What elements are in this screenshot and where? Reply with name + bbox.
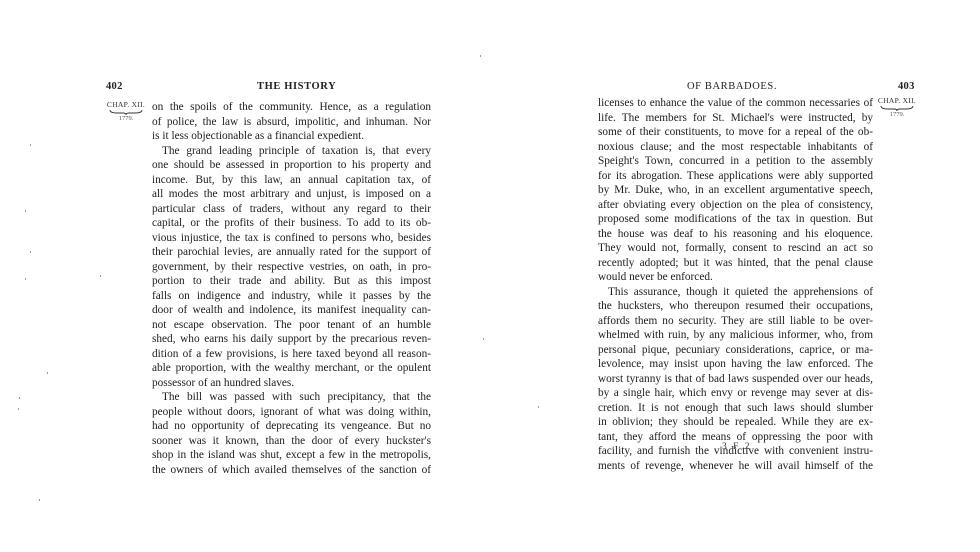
scan-speck <box>18 408 19 410</box>
text-line: affords them no security. They are still… <box>598 314 873 329</box>
text-line: life. The members for St. Michael's were… <box>598 111 873 126</box>
text-line: personal pique, pecuniary considerations… <box>598 343 873 358</box>
text-line: income. But, by this law, an annual capi… <box>152 173 431 188</box>
year-label: 1779. <box>104 115 148 123</box>
running-head: OF BARBADOES. <box>687 81 777 92</box>
text-line: whelmed with ruin, by any malicious info… <box>598 328 873 343</box>
scan-speck <box>19 397 20 399</box>
text-line: capital, or the profits of their busines… <box>152 216 431 231</box>
left-page: 402 THE HISTORY CHAP. XII. 1779. on the … <box>0 0 490 552</box>
text-line: door of wealth and indolence, its manife… <box>152 303 431 318</box>
text-line: had no opportunity of deprecating its ve… <box>152 419 431 434</box>
body-text: on the spoils of the community. Hence, a… <box>152 100 431 477</box>
text-line: not escape observation. The poor tenant … <box>152 318 431 333</box>
paragraph-start: The bill was passed with such precipitan… <box>152 390 431 405</box>
body-text: licenses to enhance the value of the com… <box>598 96 873 473</box>
text-line: their parochial levies, are annually rat… <box>152 245 431 260</box>
text-line: able proportion, with the wealthy mercha… <box>152 361 431 376</box>
text-line: particular class of traders, without any… <box>152 202 431 217</box>
scan-speck <box>39 499 40 501</box>
scan-speck <box>47 372 48 374</box>
scan-speck <box>480 55 481 57</box>
paragraph-start: The grand leading principle of taxation … <box>152 144 431 159</box>
text-line: recently adopted; but it was hinted, tha… <box>598 256 873 271</box>
text-line: possessor of an hundred slaves. <box>152 376 431 391</box>
scan-speck <box>538 406 539 408</box>
text-line: noxious clause; and the most respectable… <box>598 140 873 155</box>
text-line: of police, the law is absurd, impolitic,… <box>152 115 431 130</box>
text-line: would never be enforced. <box>598 270 873 285</box>
text-line: sooner was it known, than the door of ev… <box>152 434 431 449</box>
text-line: in oblivion; they should be repealed. Wh… <box>598 415 873 430</box>
text-line: worst tyranny is that of bad laws suspen… <box>598 372 873 387</box>
text-line: is it less objectionable as a financial … <box>152 129 431 144</box>
page-number: 402 <box>106 81 123 92</box>
text-line: levolence, may insist upon having the la… <box>598 357 873 372</box>
scan-speck <box>30 144 31 146</box>
text-line: cretion. It is not enough that such laws… <box>598 401 873 416</box>
signature-mark: 3 F 2 <box>722 442 752 452</box>
paragraph-start: This assurance, though it quieted the ap… <box>598 285 873 300</box>
chapter-label: CHAP. XII. <box>104 100 148 109</box>
text-line: government, by their respective vestries… <box>152 260 431 275</box>
year-label: 1779. <box>875 111 919 119</box>
text-line: the hucksters, who thereupon resumed the… <box>598 299 873 314</box>
text-line: vious injustice, the tax is confined to … <box>152 231 431 246</box>
text-line: They would not, formally, consent to res… <box>598 241 873 256</box>
scan-speck <box>25 278 26 280</box>
scan-speck <box>25 210 26 212</box>
text-line: licenses to enhance the value of the com… <box>598 96 873 111</box>
text-line: people without doors, ignorant of what w… <box>152 405 431 420</box>
right-page: OF BARBADOES. 403 licenses to enhance th… <box>490 0 980 552</box>
text-line: portion to their trade and ability. But … <box>152 274 431 289</box>
text-line: proposed some modifications of the tax i… <box>598 212 873 227</box>
text-line: one should be assessed in proportion to … <box>152 158 431 173</box>
text-line: the house was deaf to his reasoning and … <box>598 227 873 242</box>
text-line: for its abrogation. These applications w… <box>598 169 873 184</box>
text-line: Speight's Town, concurred in a petition … <box>598 154 873 169</box>
chapter-label: CHAP. XII. <box>875 96 919 105</box>
text-line: by a single hair, which envy or revenge … <box>598 386 873 401</box>
scan-speck <box>30 251 31 253</box>
text-line: dition of a few provisions, is here taxe… <box>152 347 431 362</box>
text-line: on the spoils of the community. Hence, a… <box>152 100 431 115</box>
text-line: by Mr. Duke, who, in an excellent argume… <box>598 183 873 198</box>
text-line: shed, who earns his daily support by the… <box>152 332 431 347</box>
text-line: some of their constituents, to move for … <box>598 125 873 140</box>
scan-speck <box>100 275 101 277</box>
text-line: all modes the most arbitrary and unjust,… <box>152 187 431 202</box>
text-line: the owners of which availed themselves o… <box>152 463 431 478</box>
margin-note: CHAP. XII. 1779. <box>104 100 148 123</box>
margin-note: CHAP. XII. 1779. <box>875 96 919 119</box>
page-number: 403 <box>898 81 915 92</box>
running-head: THE HISTORY <box>257 81 336 92</box>
text-line: shop in the island was shut, except a fe… <box>152 448 431 463</box>
text-line: ments of revenge, whenever he will avail… <box>598 459 873 474</box>
text-line: after obviating every objection on the p… <box>598 198 873 213</box>
scan-speck <box>483 338 484 340</box>
text-line: falls on indigence and industry, while i… <box>152 289 431 304</box>
